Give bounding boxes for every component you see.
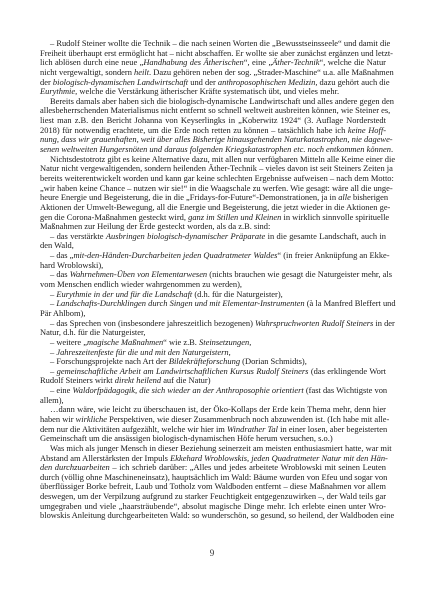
page-number: 9	[0, 548, 424, 558]
text-run: (nichts brauchen wie gesagt die Naturgei…	[207, 269, 392, 279]
text-run: bereits weiterentwickelt worden und kann…	[40, 173, 394, 183]
text-run: – das verstärkte	[50, 231, 106, 241]
italic-text: wirkliche	[76, 414, 107, 424]
text-run: lich ablösen durch eine neue „	[40, 57, 143, 67]
text-run: – das Sprechen von (insbesondere jahresz…	[50, 318, 255, 328]
text-run: – eine	[50, 385, 73, 395]
text-run: dem nur die Aktivitäten aufgezählt, welc…	[40, 424, 227, 434]
italic-text: Ekkehard Wroblowskis, jeden Quadratmeter…	[170, 453, 388, 463]
text-run: Was mich als junger Mensch in dieser Bez…	[50, 443, 392, 453]
text-run: nicht vergewaltigt, sondern	[40, 67, 134, 77]
text-run: vom Menschen endlich wieder wahrgenommen…	[40, 279, 242, 289]
text-run: allem),	[40, 395, 64, 405]
text-run: Pär Ahlbom),	[40, 308, 85, 318]
text-run: , dazu gehört auch die	[315, 77, 389, 87]
text-run: durch (völlig ohne Maschineneinsatz), ha…	[40, 472, 387, 482]
text-run: haben wir	[40, 414, 76, 424]
italic-text: heilt	[134, 67, 149, 77]
text-run: Perspektiven, wie dieser Zusammenbruch n…	[107, 414, 389, 424]
text-run: Rudolf Steiners wirkt	[40, 375, 115, 385]
text-run: “ wie z.B.	[163, 337, 199, 347]
text-run: (d.h. für die Naturgeister),	[192, 289, 283, 299]
italic-text: Jahreszeitenfeste für die und mit den Na…	[56, 347, 228, 357]
italic-text: Waldorfpädagogik, die sich wieder an der…	[73, 385, 304, 395]
text-run: – ich schrieb darüber: „Alles und jedes …	[110, 462, 386, 472]
italic-text: Windrather Tal	[227, 424, 278, 434]
italic-text: Wahrnehmen-Üben von Elementarwesen	[70, 269, 207, 279]
italic-text: nung, dass wir grauenhaften, weit über a…	[40, 134, 393, 144]
text-run: , welche die Verstärkung ätherischer Krä…	[75, 86, 339, 96]
text-run: den Wald,	[40, 240, 74, 250]
text-run: …dann wäre, wie leicht zu überschauen is…	[50, 404, 386, 414]
text-run: .	[391, 144, 393, 154]
text-run: heure Energie und Begeisterung, die in d…	[40, 192, 338, 202]
italic-text: Ausbringen biologisch-dynamischer Präpar…	[106, 231, 265, 241]
text-run: überflüssiger Borke befreit, Laub und To…	[40, 481, 386, 491]
italic-text: Handhabung des Ätherischen	[143, 57, 243, 67]
text-run: gen die Corona-Maßnahmen gesteckt wird,	[40, 212, 188, 222]
text-run: “ (in freier Anknüpfung an Ekke-	[277, 250, 389, 260]
italic-text: direkt heilend	[115, 375, 161, 385]
italic-text: den durchzuarbeiten	[40, 462, 110, 472]
text-run: –	[50, 366, 57, 376]
text-run: Natur nicht vergewaltigenden, sondern he…	[40, 163, 393, 173]
italic-text: senen weltweiten Hungersnöten und daraus…	[40, 144, 391, 154]
text-run: blowskis Anleitung durchgearbeiteten Wal…	[40, 510, 394, 520]
text-run: in einer losen, aber begeisterten	[278, 424, 387, 434]
text-line: – eine Waldorfpädagogik, die sich wieder…	[40, 386, 386, 396]
text-run: . Dazu gehören neben der sog. „Strader-M…	[149, 67, 394, 77]
italic-text: gemeinschaftliche Arbeit am Landwirtscha…	[57, 366, 309, 376]
text-run: Aktionen der Umwelt-Bewegung, all die En…	[40, 202, 390, 212]
text-run: liest man z.B. den Bericht Johanna von K…	[40, 115, 386, 125]
text-run: der	[40, 77, 53, 87]
italic-text: Äther-Technik	[272, 57, 319, 67]
italic-text: ganz im Stillen und Kleinen	[188, 212, 281, 222]
text-run: in wirklich sinnvolle spirituelle	[281, 212, 389, 222]
text-line: – das verstärkte Ausbringen biologisch-d…	[40, 232, 386, 242]
text-run: Nichtsdestotrotz gibt es keine Alternati…	[50, 154, 395, 164]
italic-text: Eurythmie	[40, 86, 75, 96]
italic-text: Eurythmie in der und für die Landschaft	[56, 289, 192, 299]
text-run: allesbeherrschenden Materialismus nicht …	[40, 105, 390, 115]
text-run: auf die Natur)	[161, 375, 210, 385]
italic-text: magische Maßnahmen	[87, 337, 163, 347]
text-run: ,	[249, 337, 251, 347]
text-run: hard Wroblowski),	[40, 260, 103, 270]
text-run: “, eine „	[244, 57, 272, 67]
text-run: und der	[188, 77, 218, 87]
text-run: in der	[373, 318, 395, 328]
italic-text: biologisch-dynamischen Landwirtschaft	[53, 77, 188, 87]
text-run: bisherigen	[351, 192, 388, 202]
text-run: Abstand am Allerstärksten der Impuls	[40, 453, 170, 463]
italic-text: keine Hoff-	[348, 125, 386, 135]
text-run: deswegen, um der Verpilzung aufgrund zu …	[40, 491, 386, 501]
italic-text: Wahrspruchworten Rudolf Steiners	[255, 318, 373, 328]
text-run: (das erklingende Wort	[308, 366, 386, 376]
text-run: – weitere „	[50, 337, 87, 347]
text-run: – Rudolf Steiner wollte die Technik – di…	[50, 38, 390, 48]
italic-text: anthroposophischen Medizin	[218, 77, 315, 87]
text-run: ,	[229, 347, 231, 357]
italic-text: Steinsetzungen	[199, 337, 249, 347]
text-run: Gemeinschaft um die ansässigen biologisc…	[40, 433, 333, 443]
italic-text: Bildekräfteforschung	[169, 356, 240, 366]
text-run: „wir haben keine Chance – nutzen wir sie…	[40, 183, 393, 193]
text-run: Natur, d.h. für die Naturgeister,	[40, 327, 146, 337]
text-line: – Landschafts-Durchklingen durch Singen …	[40, 299, 386, 309]
text-run: (Dorian Schmidts),	[240, 356, 307, 366]
text-run: “, welche die Natur	[320, 57, 386, 67]
text-run: 2018) für notwendig erachtete, um die Er…	[40, 125, 348, 135]
text-run: Freiheit überhaupt erst ermöglicht hat –…	[40, 48, 393, 58]
document-body: – Rudolf Steiner wollte die Technik – di…	[40, 39, 386, 521]
text-run: Bereits damals aber haben sich die biolo…	[50, 96, 394, 106]
text-run: – Forschungsprojekte nach Art der	[50, 356, 169, 366]
italic-text: alle	[338, 192, 351, 202]
italic-text: Landschafts-Durchklingen durch Singen un…	[56, 298, 304, 308]
italic-text: mit-den-Händen-Durcharbeiten jeden Quadr…	[73, 250, 277, 260]
text-run: Maßnahmen zur Heilung der Erde gesteckt …	[40, 221, 270, 231]
text-run: in die gesamte Landschaft, auch in	[265, 231, 386, 241]
text-run: umgegraben und viele „haarsträubende“, a…	[40, 501, 386, 511]
text-run: (fast das Wichtigste von	[304, 385, 387, 395]
text-run: (à la Manfred Bleffert und	[305, 298, 396, 308]
text-line: blowskis Anleitung durchgearbeiteten Wal…	[40, 511, 386, 521]
text-run: – das	[50, 269, 70, 279]
text-run: – das „	[50, 250, 73, 260]
